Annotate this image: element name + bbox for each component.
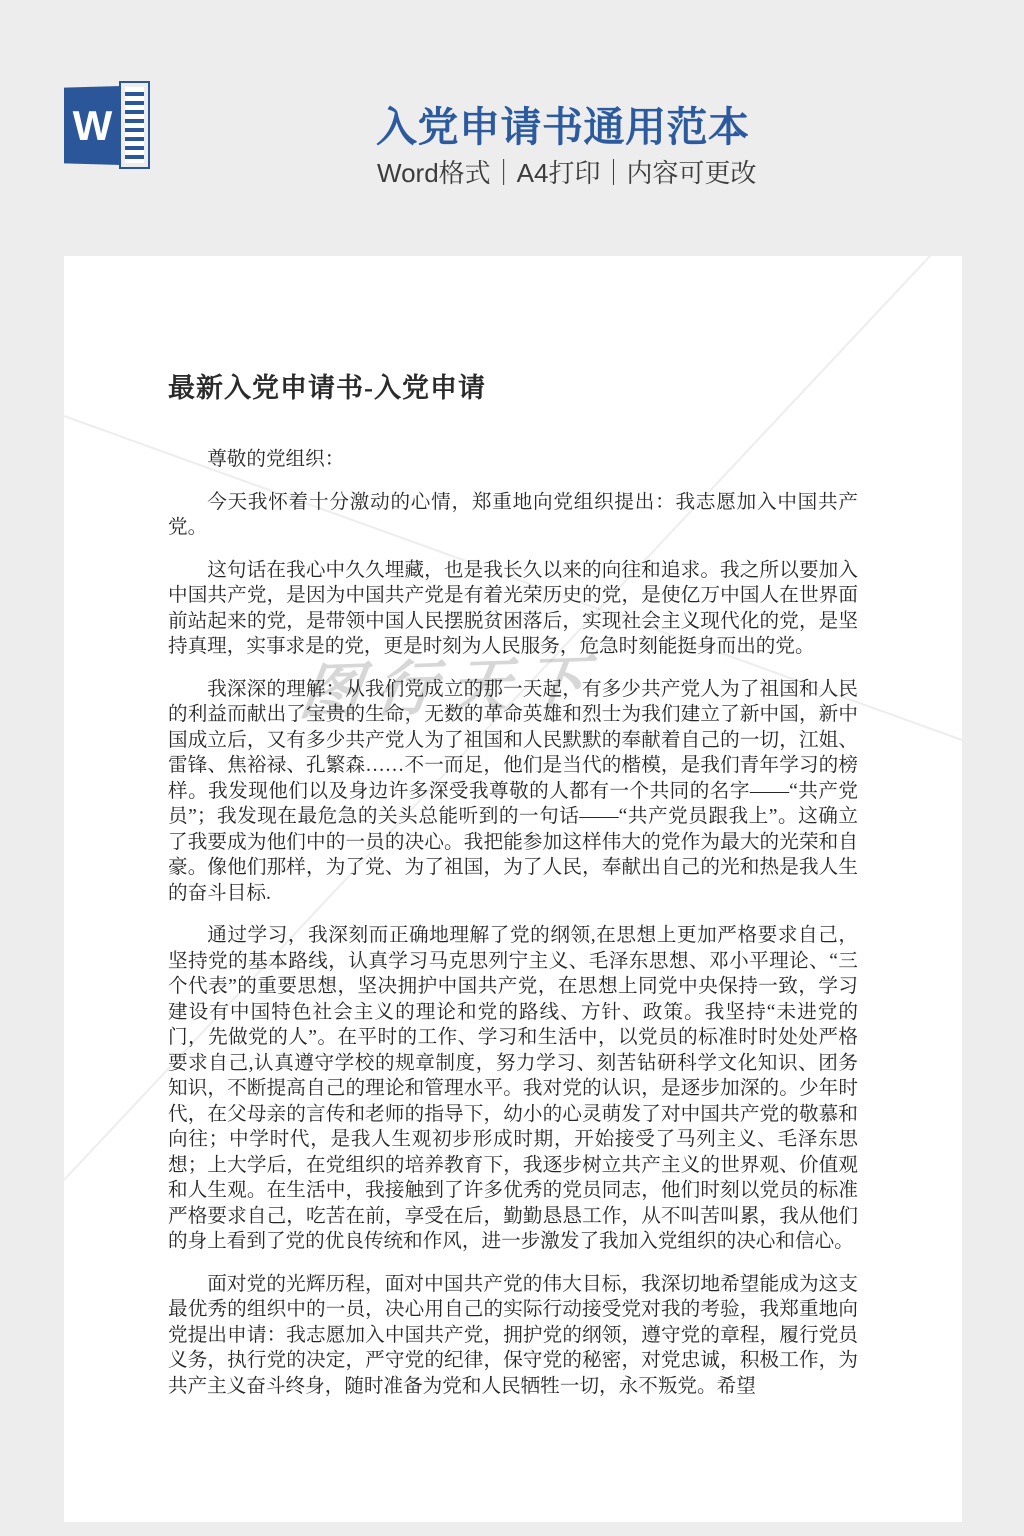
word-document-sheet-icon: [119, 81, 150, 169]
document-paragraph: 通过学习，我深刻而正确地理解了党的纲领,在思想上更加严格要求自己，坚持党的基本路…: [168, 923, 858, 1255]
word-file-icon: W: [64, 81, 150, 169]
document-paragraph: 今天我怀着十分激动的心情，郑重地向党组织提出：我志愿加入中国共产党。: [168, 490, 858, 541]
template-subtitle: Word格式｜A4打印｜内容可更改: [377, 153, 756, 190]
document-paragraph-salutation: 尊敬的党组织：: [168, 447, 858, 473]
document-paragraph: 这句话在我心中久久埋藏，也是我长久以来的向往和追求。我之所以要加入中国共产党，是…: [168, 558, 858, 660]
document-paragraph: 我深深的理解：从我们党成立的那一天起，有多少共产党人为了祖国和人民的利益而献出了…: [168, 677, 858, 907]
preview-header: W 入党申请书通用范本 Word格式｜A4打印｜内容可更改: [0, 0, 1024, 230]
document-title: 最新入党申请书-入党申请: [168, 366, 858, 405]
document-page: 图行天下 最新入党申请书-入党申请 尊敬的党组织： 今天我怀着十分激动的心情，郑…: [64, 256, 962, 1522]
word-logo-letter: W: [73, 105, 113, 147]
document-content: 最新入党申请书-入党申请 尊敬的党组织： 今天我怀着十分激动的心情，郑重地向党组…: [64, 256, 962, 1522]
preview-screen: { "header": { "title": "入党申请书通用范本", "sub…: [0, 0, 1024, 1536]
document-body: 尊敬的党组织： 今天我怀着十分激动的心情，郑重地向党组织提出：我志愿加入中国共产…: [168, 447, 858, 1399]
template-title: 入党申请书通用范本: [376, 94, 750, 153]
document-paragraph: 面对党的光辉历程，面对中国共产党的伟大目标，我深切地希望能成为这支最优秀的组织中…: [168, 1272, 858, 1400]
word-logo-slab: W: [64, 86, 121, 165]
